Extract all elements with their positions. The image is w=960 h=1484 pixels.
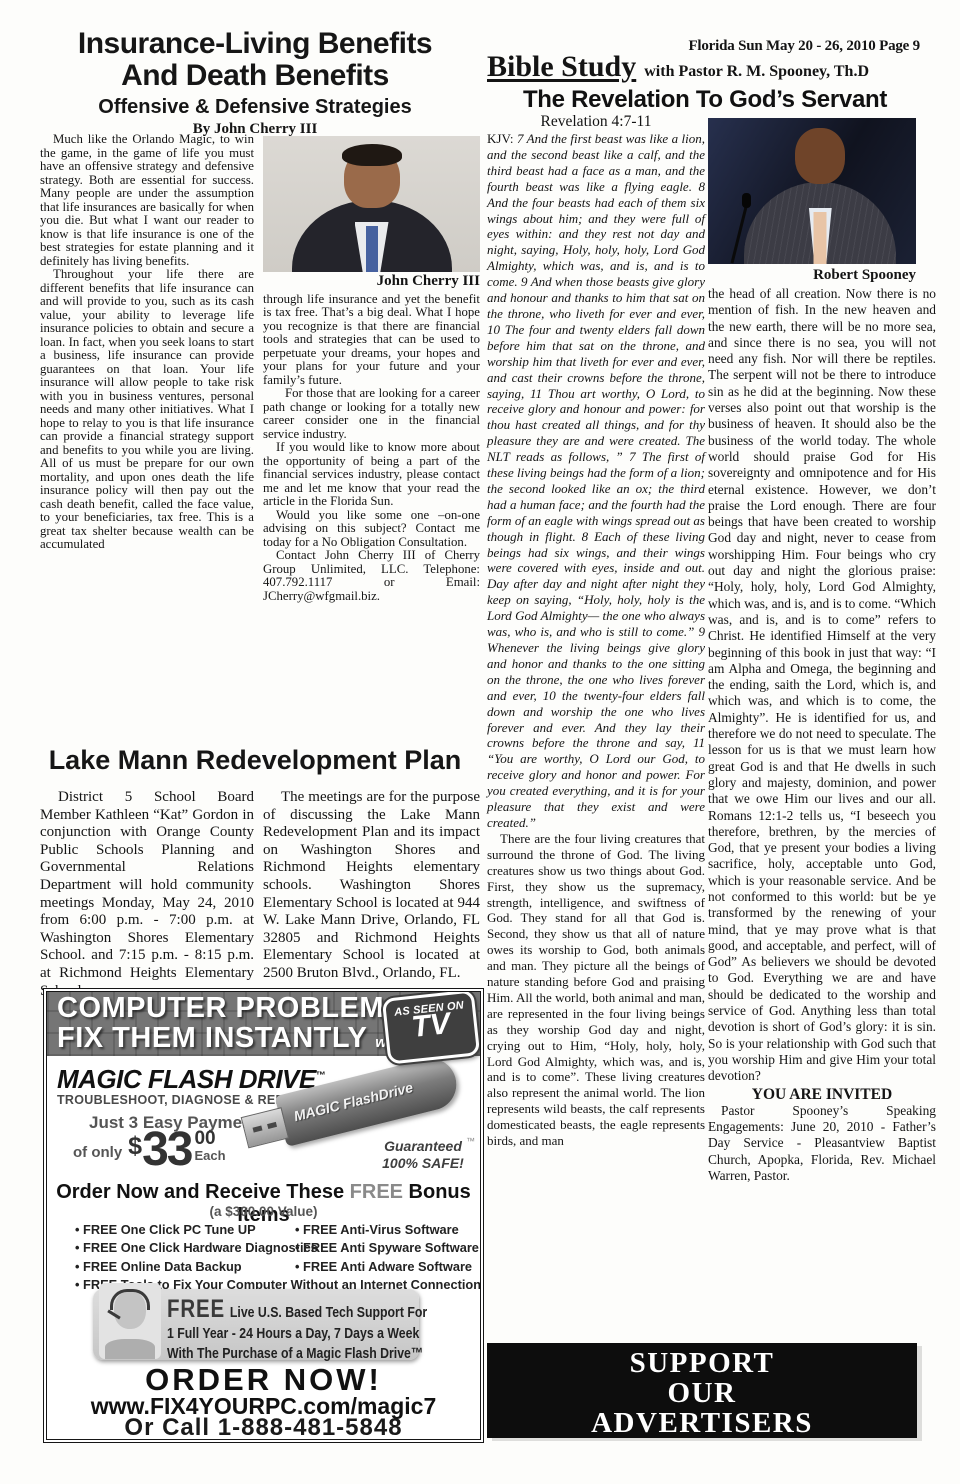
insurance-headline-line2: And Death Benefits	[30, 60, 480, 92]
bonus-list-right: FREE Anti-Virus Software FREE Anti Spywa…	[295, 1222, 475, 1277]
body-silhouette	[105, 1339, 155, 1359]
bible-middle-column: KJV: 7 And the first beast was like a li…	[487, 131, 705, 1149]
paragraph: There are the four living creatures that…	[487, 831, 705, 1149]
you-are-invited-heading: YOU ARE INVITED	[708, 1087, 936, 1103]
insurance-article-header: Insurance-Living Benefits And Death Bene…	[30, 28, 480, 138]
lake-mann-headline: Lake Mann Redevelopment Plan	[30, 745, 480, 776]
john-cherry-photo	[263, 136, 480, 272]
paragraph: For those that are looking for a career …	[263, 387, 480, 441]
ad-headline-1: COMPUTER PROBLEMS?	[57, 992, 422, 1025]
paragraph: the head of all creation. Now there is n…	[708, 286, 936, 1085]
microphone-head-icon	[742, 193, 751, 208]
lake-mann-column-2: The meetings are for the purpose of disc…	[263, 789, 480, 983]
ad-phone-number: Or Call 1-888-481-5848	[47, 1414, 480, 1440]
support-line3: With The Purchase of a Magic Flash Drive…	[167, 1344, 481, 1364]
price-block: of only $ 33 00 Each	[73, 1130, 226, 1170]
bible-study-title: Bible Study	[487, 50, 636, 83]
ad-inner-frame: COMPUTER PROBLEMS? FIX THEM INSTANTLYwit…	[46, 991, 481, 1440]
as-seen-on-tv-badge: AS SEEN ON TV	[382, 991, 480, 1065]
headset-icon	[110, 1289, 150, 1310]
paragraph: through life insurance and yet the benef…	[263, 293, 480, 388]
tech-support-offer-text: FREELive U.S. Based Tech Support For 1 F…	[167, 1295, 481, 1364]
hair-silhouette	[342, 144, 402, 166]
support-advertisers-box: SUPPORT OUR ADVERTISERS	[487, 1343, 917, 1438]
support-box-line1: SUPPORT	[487, 1348, 917, 1378]
price-dollars: 33	[142, 1130, 191, 1170]
kjv-passage-text: 7 And the first beast was like a lion, a…	[487, 131, 705, 830]
kjv-passage: KJV: 7 And the first beast was like a li…	[487, 131, 705, 831]
bible-study-subtitle: with Pastor R. M. Spooney, Th.D	[644, 63, 869, 80]
photo-caption: Robert Spooney	[708, 267, 916, 284]
usb-connector	[241, 1107, 289, 1148]
usb-slot	[267, 1122, 277, 1129]
insurance-headline-line1: Insurance-Living Benefits	[30, 28, 480, 60]
tie-silhouette	[814, 212, 827, 264]
of-only-label: of only	[73, 1144, 122, 1161]
bonus-heading-free: FREE	[350, 1181, 403, 1203]
bible-right-column: the head of all creation. Now there is n…	[708, 286, 936, 1184]
paragraph: District 5 School Board Member Kathleen …	[40, 789, 254, 1000]
bonus-heading-part1: Order Now and Receive These	[56, 1181, 349, 1203]
paragraph: Throughout your life there are different…	[40, 268, 254, 552]
paragraph: Much like the Orlando Magic, to win the …	[40, 133, 254, 268]
paragraph: Contact John Cherry III of Cherry Group …	[263, 549, 480, 603]
head-silhouette	[795, 128, 845, 184]
guarantee-line1: Guaranteed	[373, 1138, 473, 1155]
magic-flash-drive-ad: COMPUTER PROBLEMS? FIX THEM INSTANTLYwit…	[43, 988, 484, 1443]
support-line1: Live U.S. Based Tech Support For	[230, 1304, 427, 1321]
photo-caption: John Cherry III	[263, 275, 480, 289]
verse-reference: Revelation 4:7-11	[487, 113, 705, 131]
support-box-line3: ADVERTISERS	[487, 1408, 917, 1438]
support-box-line2: OUR	[487, 1378, 917, 1408]
usb-slot	[253, 1126, 263, 1133]
bible-study-header: Bible Studywith Pastor R. M. Spooney, Th…	[487, 50, 937, 84]
bonus-item: FREE Anti Adware Software	[295, 1259, 475, 1274]
paragraph: Would you like some one –on-one advising…	[263, 509, 480, 550]
paragraph: Pastor Spooney’s Speaking Engagements: J…	[708, 1103, 936, 1184]
insurance-subtitle: Offensive & Defensive Strategies	[30, 96, 480, 119]
insurance-headline: Insurance-Living Benefits And Death Bene…	[30, 28, 480, 92]
spooney-photo-block: Robert Spooney	[708, 118, 916, 284]
lake-mann-column-1: District 5 School Board Member Kathleen …	[40, 789, 254, 1000]
revelation-headline: The Revelation To God’s Servant	[487, 86, 923, 114]
newspaper-page: Insurance-Living Benefits And Death Bene…	[0, 0, 960, 1484]
tech-support-offer-box: FREELive U.S. Based Tech Support For 1 F…	[93, 1289, 419, 1360]
paragraph: If you would like to know more about the…	[263, 441, 480, 509]
free-label: FREE	[167, 1295, 225, 1323]
support-line2: 1 Full Year - 24 Hours a Day, 7 Days a W…	[167, 1324, 481, 1344]
robert-spooney-photo	[708, 118, 916, 264]
bonus-item: FREE Anti Spyware Software	[295, 1240, 475, 1255]
bonus-value-line: (a $300.00 Value)	[47, 1204, 480, 1219]
kjv-label: KJV:	[487, 131, 513, 146]
insurance-column-1: Much like the Orlando Magic, to win the …	[40, 133, 254, 552]
tie-silhouette	[366, 226, 378, 272]
paragraph: The meetings are for the purpose of disc…	[263, 789, 480, 983]
price-currency: $	[128, 1132, 142, 1161]
guarantee-text: Guaranteed 100% SAFE!	[373, 1138, 473, 1172]
guarantee-line2: 100% SAFE!	[373, 1155, 473, 1172]
tech-support-agent-photo	[99, 1283, 161, 1359]
bonus-item: FREE Anti-Virus Software	[295, 1222, 475, 1237]
insurance-column-2: John Cherry III through life insurance a…	[263, 133, 480, 603]
